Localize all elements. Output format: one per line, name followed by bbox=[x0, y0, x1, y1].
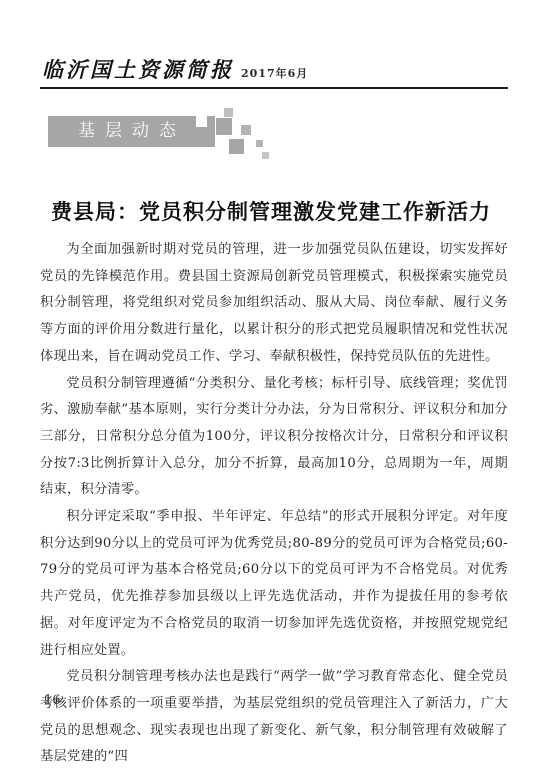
paragraph: 党员积分制管理考核办法也是践行“两学一做”学习教育常态化、健全党员考核评价体系的… bbox=[40, 664, 508, 768]
page-number: 16 bbox=[44, 693, 61, 708]
pixel-square bbox=[216, 118, 232, 135]
paragraph: 积分评定采取“季申报、半年评定、年总结”的形式开展积分评定。对年度积分达到90分… bbox=[40, 504, 508, 664]
bulletin-page: 临沂国土资源简报 2017年6月 基层动态 费县局：党员积分制管理激发党建工作新… bbox=[0, 0, 542, 768]
header-rule bbox=[40, 87, 508, 89]
page-header: 临沂国土资源简报 2017年6月 bbox=[42, 54, 510, 84]
pixel-square bbox=[262, 152, 269, 159]
article-body: 为全面加强新时期对党员的管理，进一步加强党员队伍建设，切实发挥好党员的先锋模范作… bbox=[40, 237, 508, 768]
pixel-square bbox=[256, 140, 263, 147]
pixel-square bbox=[241, 125, 251, 135]
article-title: 费县局：党员积分制管理激发党建工作新活力 bbox=[0, 196, 542, 226]
section-banner: 基层动态 bbox=[48, 116, 215, 147]
paragraph: 为全面加强新时期对党员的管理，进一步加强党员队伍建设，切实发挥好党员的先锋模范作… bbox=[40, 237, 508, 371]
masthead-title: 临沂国土资源简报 bbox=[42, 54, 234, 84]
pixel-square-notch bbox=[196, 116, 207, 127]
pixel-square bbox=[229, 139, 244, 154]
paragraph: 党员积分制管理遵循“分类积分、量化考核；标杆引导、底线管理；奖优罚劣、激励奉献”… bbox=[40, 371, 508, 505]
section-banner-label: 基层动态 bbox=[78, 116, 186, 147]
pixel-square bbox=[224, 108, 233, 117]
masthead-date: 2017年6月 bbox=[241, 65, 308, 81]
